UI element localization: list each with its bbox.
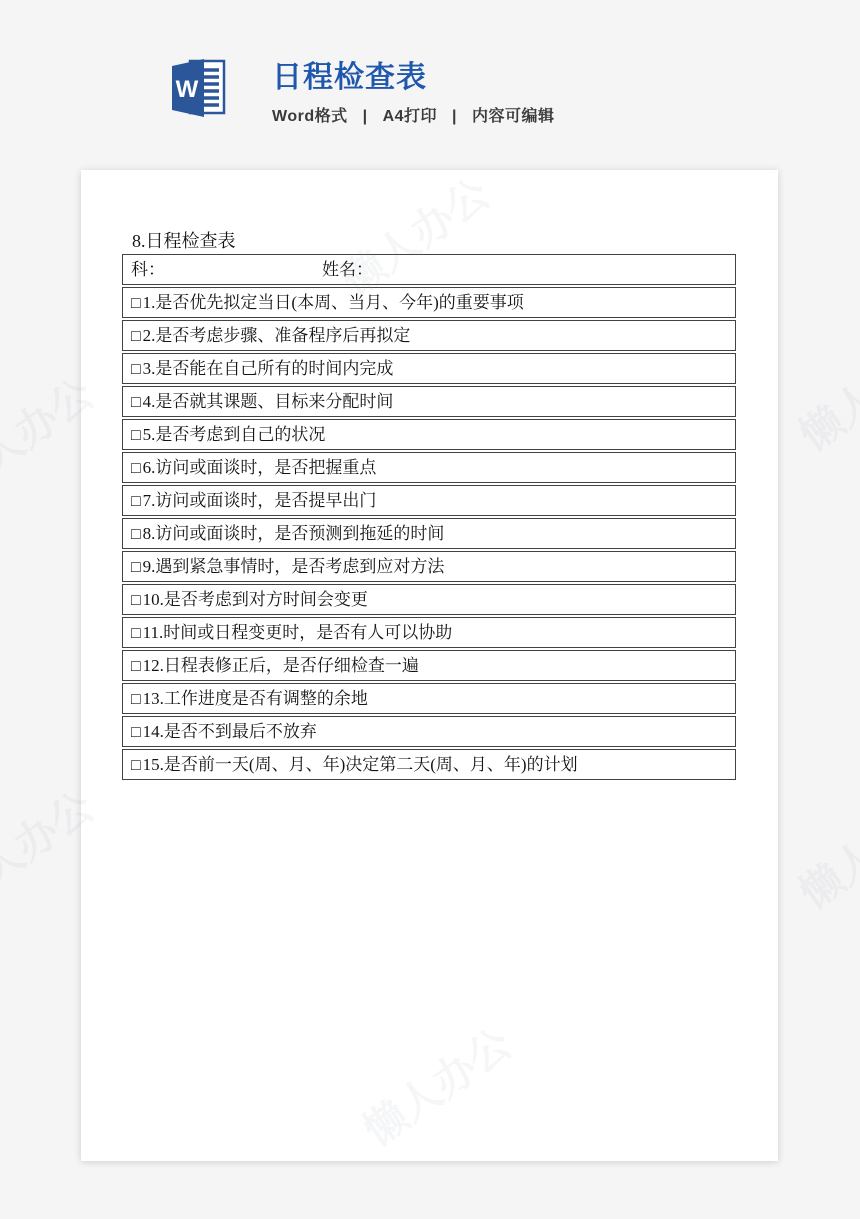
checklist-item-text: 13.工作进度是否有调整的余地 <box>143 689 368 708</box>
checklist-row: □2.是否考虑步骤、准备程序后再拟定 <box>122 320 736 351</box>
checklist-item-text: 15.是否前一天(周、月、年)决定第二天(周、月、年)的计划 <box>143 755 578 774</box>
checklist-item-text: 3.是否能在自己所有的时间内完成 <box>143 359 394 378</box>
checklist-item-text: 2.是否考虑步骤、准备程序后再拟定 <box>143 326 411 345</box>
name-header-row: 科：姓名： <box>122 254 736 285</box>
separator: | <box>452 108 457 125</box>
checkbox-icon: □ <box>131 394 141 411</box>
checkbox-icon: □ <box>131 691 141 708</box>
checklist-item-text: 9.遇到紧急事情时，是否考虑到应对方法 <box>143 557 445 576</box>
meta-editable: 内容可编辑 <box>472 108 555 125</box>
checklist-item-text: 4.是否就其课题、目标来分配时间 <box>143 392 394 411</box>
checkbox-icon: □ <box>131 361 141 378</box>
checklist-row: □5.是否考虑到自己的状况 <box>122 419 736 450</box>
checklist-row: □11.时间或日程变更时，是否有人可以协助 <box>122 617 736 648</box>
document-meta: Word格式|A4打印|内容可编辑 <box>272 103 555 126</box>
checkbox-icon: □ <box>131 559 141 576</box>
watermark-text: 懒人办公 <box>786 775 860 921</box>
checkbox-icon: □ <box>131 724 141 741</box>
checklist-row: □10.是否考虑到对方时间会变更 <box>122 584 736 615</box>
meta-format: Word格式 <box>272 108 348 125</box>
checklist-row: □4.是否就其课题、目标来分配时间 <box>122 386 736 417</box>
checklist-row: □6.访问或面谈时，是否把握重点 <box>122 452 736 483</box>
watermark-text: 懒人办公 <box>786 317 860 463</box>
checklist-item-text: 10.是否考虑到对方时间会变更 <box>143 590 368 609</box>
checklist-row: □1.是否优先拟定当日(本周、当月、今年)的重要事项 <box>122 287 736 318</box>
page-title: 日程检查表 <box>272 52 427 96</box>
field-ke-label: 科： <box>131 260 165 279</box>
checkbox-icon: □ <box>131 493 141 510</box>
table-heading: 8.日程检查表 <box>132 227 236 253</box>
checklist-row: □14.是否不到最后不放弃 <box>122 716 736 747</box>
checklist-item-text: 8.访问或面谈时，是否预测到拖延的时间 <box>143 524 445 543</box>
checklist-row: □8.访问或面谈时，是否预测到拖延的时间 <box>122 518 736 549</box>
checklist-row: □3.是否能在自己所有的时间内完成 <box>122 353 736 384</box>
checklist-item-text: 12.日程表修正后，是否仔细检查一遍 <box>143 656 419 675</box>
checkbox-icon: □ <box>131 526 141 543</box>
checklist-row: □15.是否前一天(周、月、年)决定第二天(周、月、年)的计划 <box>122 749 736 780</box>
meta-print: A4打印 <box>383 108 437 125</box>
separator: | <box>363 108 368 125</box>
checklist-table: 科：姓名： □1.是否优先拟定当日(本周、当月、今年)的重要事项 □2.是否考虑… <box>122 254 736 782</box>
checklist-row: □13.工作进度是否有调整的余地 <box>122 683 736 714</box>
checkbox-icon: □ <box>131 592 141 609</box>
checkbox-icon: □ <box>131 658 141 675</box>
svg-text:W: W <box>176 76 199 103</box>
checklist-row: □12.日程表修正后，是否仔细检查一遍 <box>122 650 736 681</box>
document-page: 8.日程检查表 科：姓名： □1.是否优先拟定当日(本周、当月、今年)的重要事项… <box>81 170 778 1161</box>
checklist-row: □7.访问或面谈时，是否提早出门 <box>122 485 736 516</box>
checklist-item-text: 5.是否考虑到自己的状况 <box>143 425 326 444</box>
checklist-row: □9.遇到紧急事情时，是否考虑到应对方法 <box>122 551 736 582</box>
checklist-item-text: 1.是否优先拟定当日(本周、当月、今年)的重要事项 <box>143 293 524 312</box>
checkbox-icon: □ <box>131 295 141 312</box>
checkbox-icon: □ <box>131 328 141 345</box>
checklist-item-text: 6.访问或面谈时，是否把握重点 <box>143 458 377 477</box>
field-name-label: 姓名： <box>322 260 373 279</box>
checkbox-icon: □ <box>131 625 141 642</box>
checkbox-icon: □ <box>131 757 141 774</box>
checkbox-icon: □ <box>131 427 141 444</box>
checkbox-icon: □ <box>131 460 141 477</box>
checklist-item-text: 11.时间或日程变更时，是否有人可以协助 <box>143 623 453 642</box>
word-icon: W <box>166 56 230 120</box>
checklist-item-text: 14.是否不到最后不放弃 <box>143 722 317 741</box>
checklist-item-text: 7.访问或面谈时，是否提早出门 <box>143 491 377 510</box>
